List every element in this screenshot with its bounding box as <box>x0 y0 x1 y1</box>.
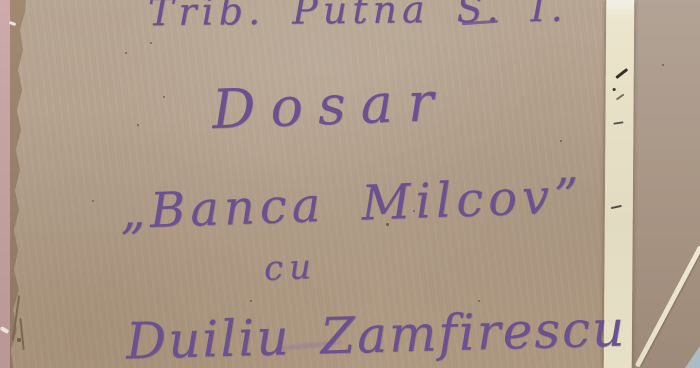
handwritten-line-cu: cu <box>263 247 317 289</box>
paper-speck <box>560 140 562 142</box>
paper-speck <box>163 96 165 98</box>
paper-speck <box>662 64 664 66</box>
ink-mark <box>611 205 622 209</box>
handwritten-line-duiliu-zamfirescu: Duiliu Zamfirescu <box>125 299 627 368</box>
handwritten-line-dosar: Dosar <box>211 70 450 141</box>
edge-fiber-hair <box>17 338 21 342</box>
paper-speck <box>92 200 94 202</box>
handwritten-line-tribunal: Trib. Putna S. I. <box>148 0 568 34</box>
ink-mark <box>613 88 616 91</box>
paper-speck <box>250 300 252 302</box>
ink-mark <box>616 94 625 101</box>
ink-mark <box>613 121 623 124</box>
paper-speck <box>125 52 127 54</box>
paper-speck <box>137 124 139 126</box>
photo-of-handwritten-dossier-cover: Trib. Putna S. I. Dosar „Banca Milcov” c… <box>0 0 700 368</box>
paper-speck <box>150 42 152 44</box>
ink-mark <box>615 68 628 79</box>
paper-speck <box>478 300 480 302</box>
